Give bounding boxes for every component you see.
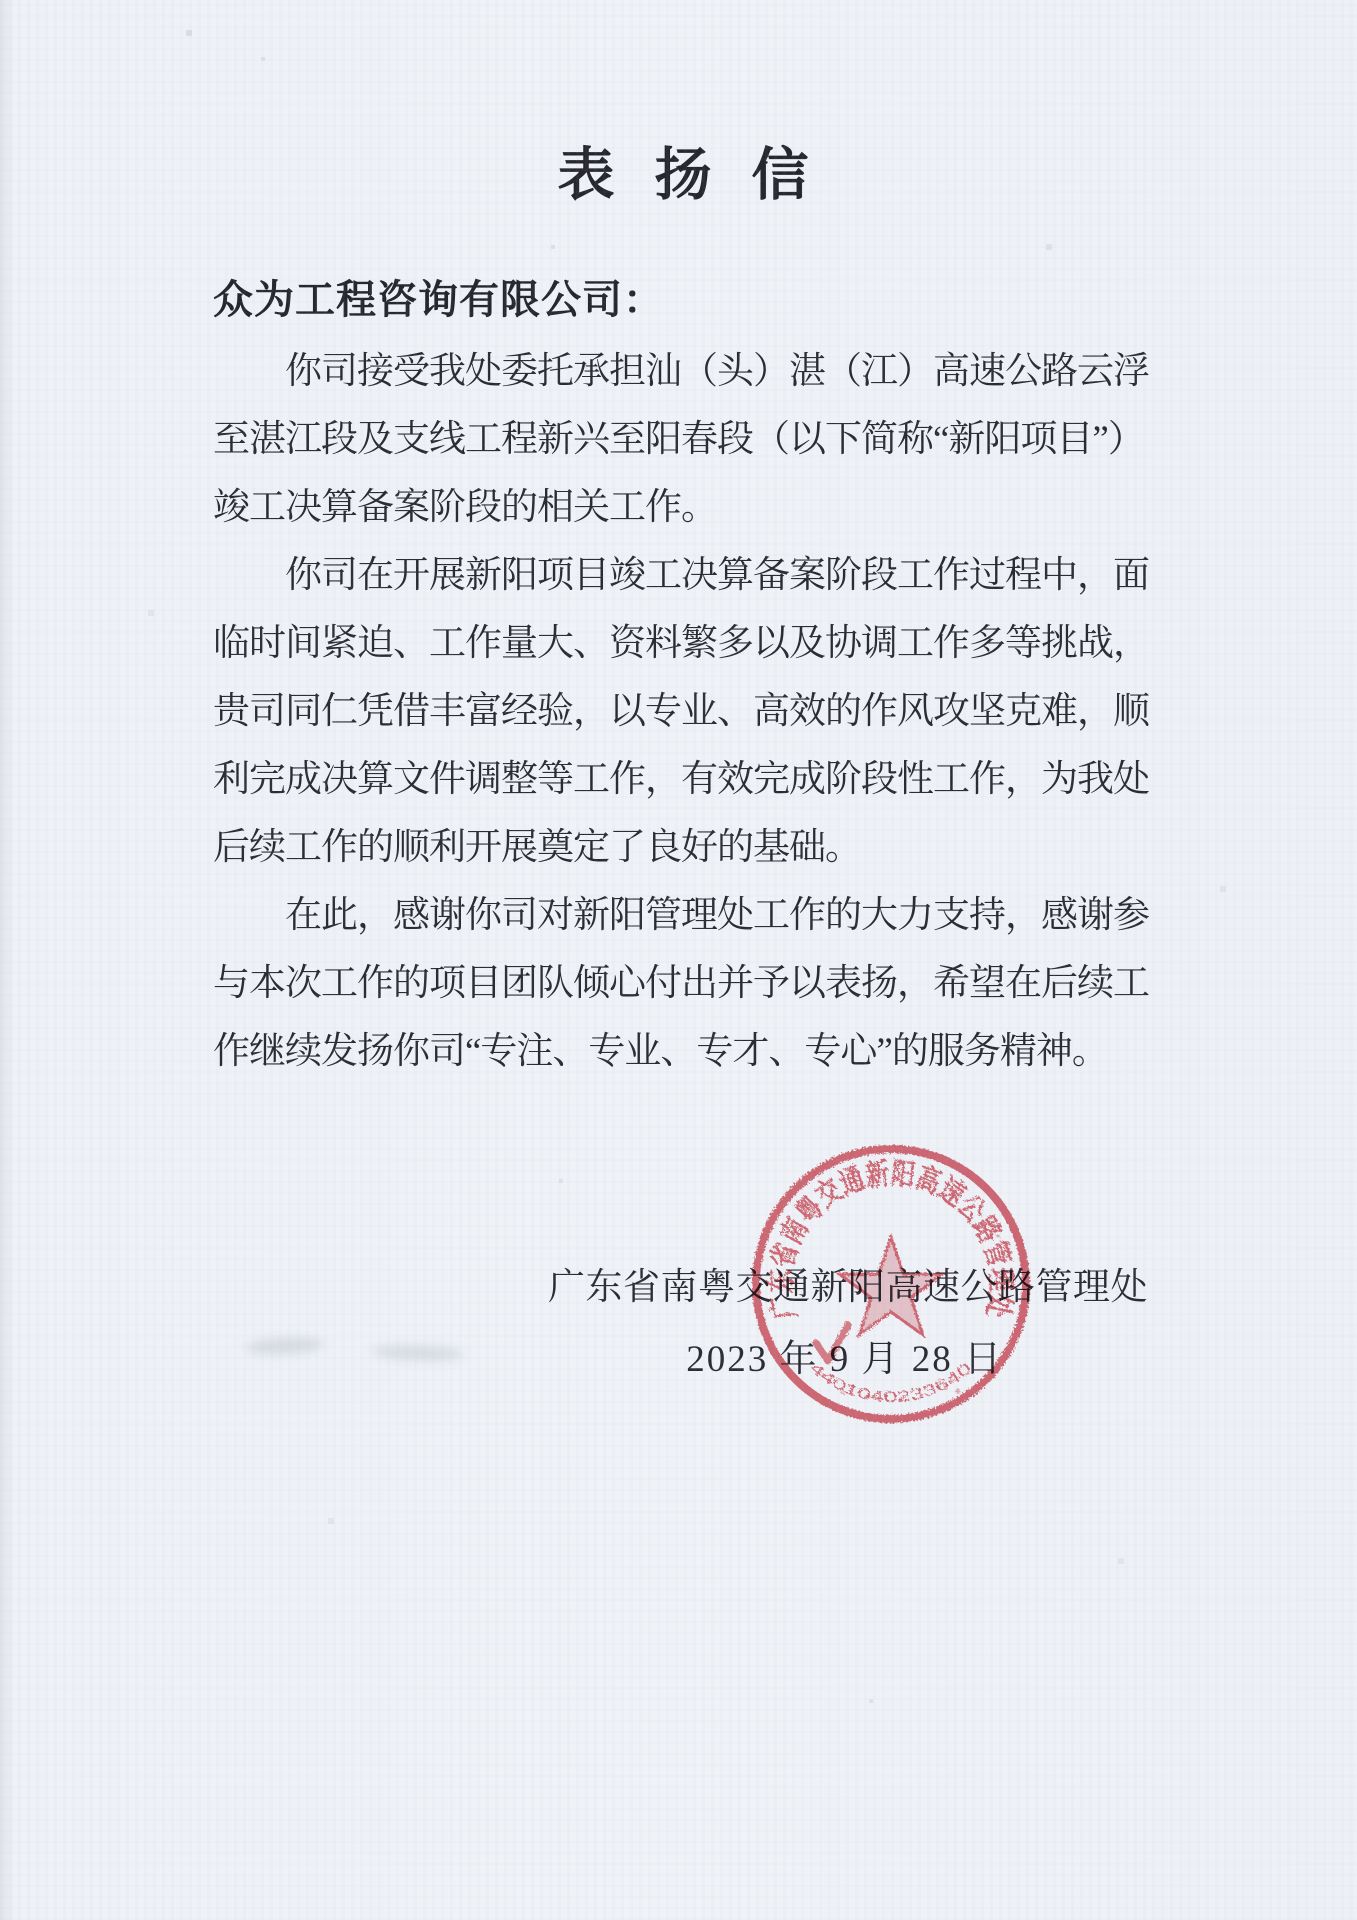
- letter-body: 你司接受我处委托承担汕（头）湛（江）高速公路云浮 至湛江段及支线工程新兴至阳春段…: [213, 338, 1165, 1086]
- body-line: 竣工决算备案阶段的相关工作。: [213, 474, 1165, 542]
- seal-serial-number: 4401040233640: [806, 1359, 975, 1406]
- body-line: 作继续发扬你司“专注、专业、专才、专心”的服务精神。: [213, 1018, 1165, 1086]
- star-icon: [840, 1237, 943, 1335]
- body-line: 至湛江段及支线工程新兴至阳春段（以下简称“新阳项目”）: [213, 406, 1165, 474]
- body-line: 临时间紧迫、工作量大、资料繁多以及协调工作多等挑战，: [213, 610, 1165, 678]
- body-line: 利完成决算文件调整等工作，有效完成阶段性工作，为我处: [213, 746, 1165, 814]
- body-line: 后续工作的顺利开展奠定了良好的基础。: [213, 814, 1165, 882]
- letter-salutation: 众为工程咨询有限公司：: [213, 276, 1153, 324]
- body-line: 你司接受我处委托承担汕（头）湛（江）高速公路云浮: [213, 338, 1165, 406]
- official-seal-stamp: 广东省南粤交通新阳高速公路管理处 4401040233640: [748, 1141, 1038, 1431]
- scan-noise-specks: [0, 0, 2, 2]
- body-line: 在此，感谢你司对新阳管理处工作的大力支持，感谢参: [213, 882, 1165, 950]
- body-line: 贵司同仁凭借丰富经验，以专业、高效的作风攻坚克难，顺: [213, 678, 1165, 746]
- scanned-letter-page: 表扬信 众为工程咨询有限公司： 你司接受我处委托承担汕（头）湛（江）高速公路云浮…: [0, 0, 1357, 1920]
- body-line: 与本次工作的项目团队倾心付出并予以表扬，希望在后续工: [213, 950, 1165, 1018]
- letter-title: 表扬信: [213, 144, 1153, 207]
- seal-ink-stroke: [816, 1325, 848, 1361]
- body-line: 你司在开展新阳项目竣工决算备案阶段工作过程中，面: [213, 542, 1165, 610]
